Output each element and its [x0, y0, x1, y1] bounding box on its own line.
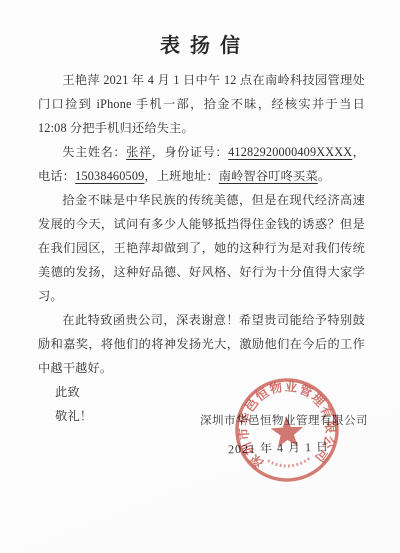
- paragraph: 拾金不昧是中华民族的传统美德，但是在现代经济高速发展的今天，试问有多少人能够抵挡…: [38, 188, 365, 308]
- underlined-value: 南岭智谷叮咚买菜: [219, 169, 318, 183]
- letter-title: 表扬信: [0, 29, 400, 58]
- text-segment: 。: [318, 169, 330, 183]
- underlined-value: 15038460509: [75, 169, 144, 183]
- paragraph: 在此特致函贵公司，深表谢意！希望贵司能给予特别鼓励和嘉奖，将他们的将神发扬光大，…: [38, 308, 365, 380]
- company-seal-stamp: 深圳市华邑恒物业管理有限公司: [226, 369, 348, 491]
- text-segment: 在此特致函贵公司，深表谢意！希望贵司能给予特别鼓励和嘉奖，将他们的将神发扬光大，…: [38, 313, 365, 375]
- underlined-value: 41282920000409XXXX: [228, 145, 352, 159]
- paragraph: 王艳萍 2021 年 4 月 1 日中午 12 点在南岭科技园管理处门口捡到 i…: [38, 68, 365, 140]
- underlined-value: 张祥: [126, 145, 152, 159]
- seal-star-icon: [270, 415, 304, 447]
- text-segment: 拾金不昧是中华民族的传统美德，但是在现代经济高速发展的今天，试问有多少人能够抵挡…: [38, 193, 365, 303]
- letter-page: 表扬信 王艳萍 2021 年 4 月 1 日中午 12 点在南岭科技园管理处门口…: [0, 0, 400, 553]
- text-segment: 失主姓名：: [62, 145, 126, 159]
- seal-code-arc: [268, 458, 310, 467]
- paragraph: 失主姓名：张祥，身份证号：41282920000409XXXX，电话：15038…: [38, 140, 365, 188]
- text-segment: ，身份证号：: [152, 145, 229, 159]
- text-segment: ，上班地址：: [144, 169, 218, 183]
- text-segment: 王艳萍 2021 年 4 月 1 日中午 12 点在南岭科技园管理处门口捡到 i…: [38, 73, 365, 135]
